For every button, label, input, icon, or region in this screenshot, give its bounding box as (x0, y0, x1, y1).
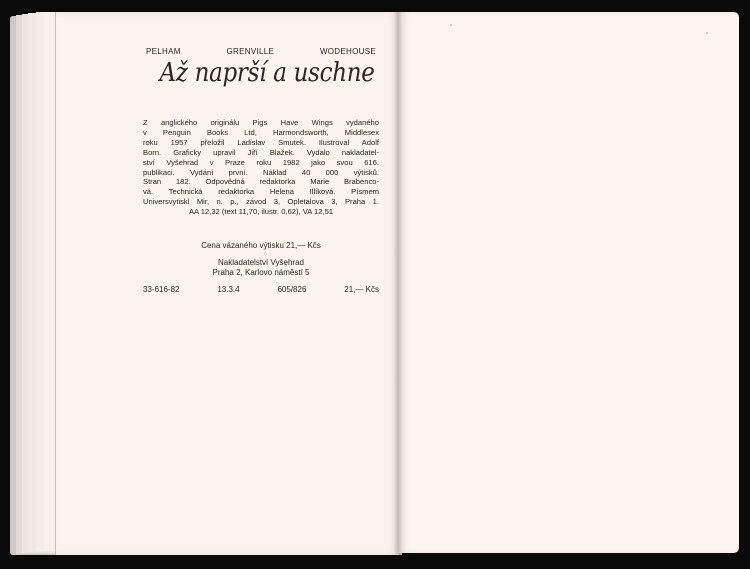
catalog-code: 33-616-82 (143, 285, 179, 294)
book-title: Až naprší a uschne (152, 58, 382, 88)
price-line: Cena vázaného výtisku 21,— Kčs (143, 241, 379, 250)
publisher-address: Praha 2, Karlovo náměstí 5 (143, 268, 379, 278)
author-first-name: PELHAM (146, 47, 181, 56)
catalog-codes: 33-616-82 13.3.4 605/826 21,— Kčs (143, 285, 379, 294)
colophon-line: Universvytiskl Mir, n. p., závod 3, Ople… (143, 197, 379, 207)
colophon-line: Stran 182. Odpovědná redaktorka Marie Br… (143, 177, 379, 187)
publisher-block: Nakladatelství Vyšehrad Praha 2, Karlovo… (143, 258, 379, 278)
colophon-line: vá. Technická redaktorka Helena Illíková… (143, 187, 379, 197)
page-edges-stack (10, 12, 56, 557)
colophon-line: v Penguin Books Ltd, Harmondsworth, Midd… (143, 128, 379, 138)
paper-speck (706, 32, 708, 34)
colophon-line: Born. Graficky upravil Jiří Blažek. Vyda… (143, 148, 379, 158)
author-middle-name: GRENVILLE (227, 47, 275, 56)
colophon-text: Z anglického originálu Pigs Have Wings v… (143, 118, 379, 217)
colophon-line: AA 12,32 (text 11,70, ilustr. 0,62), VA … (143, 207, 379, 217)
catalog-code: 605/826 (277, 285, 306, 294)
paper-speck (450, 24, 452, 26)
left-page (55, 12, 399, 555)
book-gutter (394, 12, 402, 555)
publisher-name: Nakladatelství Vyšehrad (143, 258, 379, 268)
right-page-blank (398, 12, 739, 553)
catalog-code: 21,— Kčs (344, 285, 379, 294)
colophon-line: roku 1957 přeložil Ladislav Smutek. Ilus… (143, 138, 379, 148)
catalog-code: 13.3.4 (217, 285, 239, 294)
author-name: PELHAM GRENVILLE WODEHOUSE (146, 47, 376, 56)
colophon-line: Z anglického originálu Pigs Have Wings v… (143, 118, 379, 128)
open-book-spread: PELHAM GRENVILLE WODEHOUSE Až naprší a u… (0, 0, 750, 569)
author-last-name: WODEHOUSE (320, 47, 376, 56)
colophon-line: publikaci. Vydání první. Náklad 40 000 v… (143, 168, 379, 178)
colophon-line: ství Vyšehrad v Praze roku 1982 jako svo… (143, 158, 379, 168)
